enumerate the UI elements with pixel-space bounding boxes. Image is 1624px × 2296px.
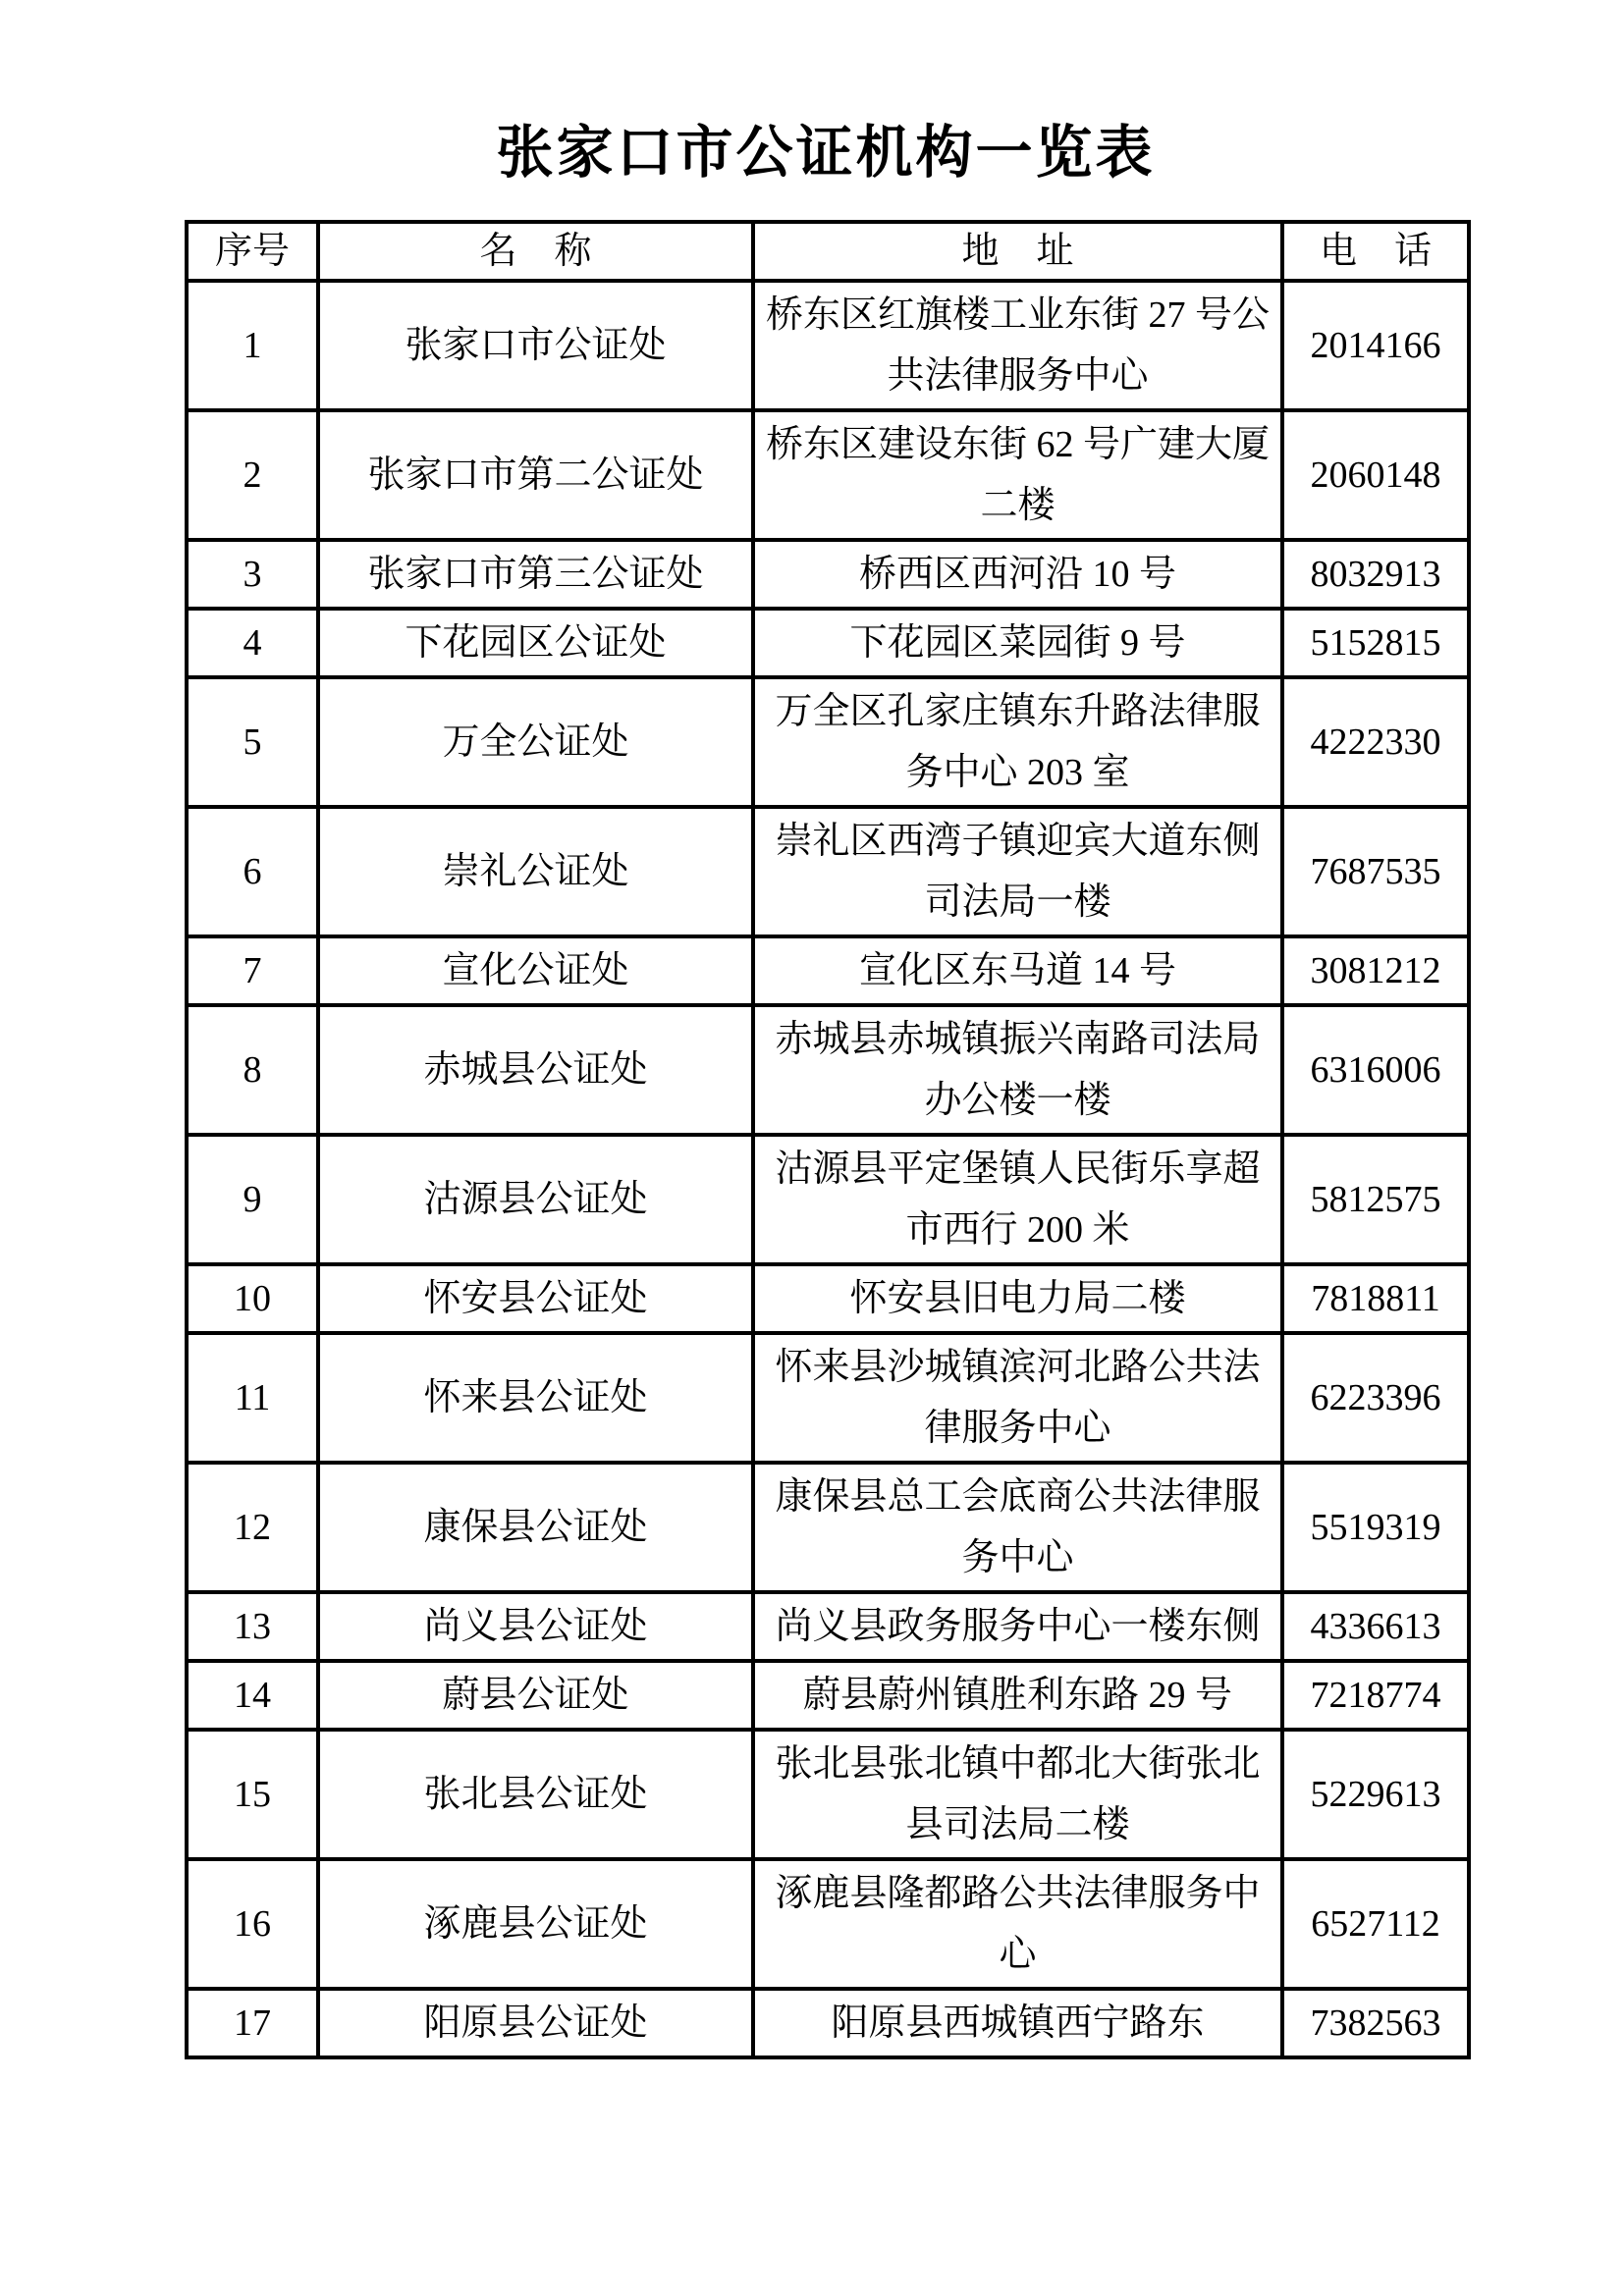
cell-phone: 5519319 <box>1282 1463 1469 1592</box>
cell-address: 桥西区西河沿 10 号 <box>753 540 1282 609</box>
cell-phone: 2014166 <box>1282 281 1469 410</box>
table-row: 5 万全公证处 万全区孔家庄镇东升路法律服务中心 203 室 4222330 <box>187 677 1469 807</box>
cell-number: 6 <box>187 807 318 936</box>
cell-number: 13 <box>187 1592 318 1661</box>
cell-phone: 8032913 <box>1282 540 1469 609</box>
cell-address: 张北县张北镇中都北大街张北县司法局二楼 <box>753 1730 1282 1859</box>
header-cell-address: 地 址 <box>753 222 1282 281</box>
cell-name: 张北县公证处 <box>318 1730 753 1859</box>
table-row: 4 下花园区公证处 下花园区菜园街 9 号 5152815 <box>187 609 1469 677</box>
header-cell-number: 序号 <box>187 222 318 281</box>
cell-address: 赤城县赤城镇振兴南路司法局办公楼一楼 <box>753 1005 1282 1135</box>
cell-address: 蔚县蔚州镇胜利东路 29 号 <box>753 1661 1282 1730</box>
cell-phone: 7687535 <box>1282 807 1469 936</box>
cell-number: 5 <box>187 677 318 807</box>
cell-address: 康保县总工会底商公共法律服务中心 <box>753 1463 1282 1592</box>
cell-phone: 4336613 <box>1282 1592 1469 1661</box>
cell-address: 尚义县政务服务中心一楼东侧 <box>753 1592 1282 1661</box>
cell-name: 万全公证处 <box>318 677 753 807</box>
cell-name: 下花园区公证处 <box>318 609 753 677</box>
cell-address: 怀安县旧电力局二楼 <box>753 1264 1282 1333</box>
table-row: 3 张家口市第三公证处 桥西区西河沿 10 号 8032913 <box>187 540 1469 609</box>
cell-number: 16 <box>187 1859 318 1989</box>
table-row: 14 蔚县公证处 蔚县蔚州镇胜利东路 29 号 7218774 <box>187 1661 1469 1730</box>
table-row: 15 张北县公证处 张北县张北镇中都北大街张北县司法局二楼 5229613 <box>187 1730 1469 1859</box>
cell-address: 涿鹿县隆都路公共法律服务中心 <box>753 1859 1282 1989</box>
document-page: { "page": { "title": "张家口市公证机构一览表" }, "t… <box>0 0 1624 2296</box>
cell-phone: 6527112 <box>1282 1859 1469 1989</box>
cell-phone: 5229613 <box>1282 1730 1469 1859</box>
cell-number: 1 <box>187 281 318 410</box>
cell-address: 崇礼区西湾子镇迎宾大道东侧司法局一楼 <box>753 807 1282 936</box>
cell-phone: 7382563 <box>1282 1989 1469 2057</box>
cell-name: 崇礼公证处 <box>318 807 753 936</box>
cell-address: 桥东区建设东街 62 号广建大厦二楼 <box>753 410 1282 540</box>
cell-number: 8 <box>187 1005 318 1135</box>
cell-number: 15 <box>187 1730 318 1859</box>
cell-number: 3 <box>187 540 318 609</box>
table-row: 8 赤城县公证处 赤城县赤城镇振兴南路司法局办公楼一楼 6316006 <box>187 1005 1469 1135</box>
cell-name: 怀来县公证处 <box>318 1333 753 1463</box>
cell-name: 怀安县公证处 <box>318 1264 753 1333</box>
cell-number: 7 <box>187 936 318 1005</box>
cell-number: 9 <box>187 1135 318 1264</box>
cell-number: 4 <box>187 609 318 677</box>
cell-number: 17 <box>187 1989 318 2057</box>
table-header: 序号 名 称 地 址 电 话 <box>187 222 1469 281</box>
cell-name: 阳原县公证处 <box>318 1989 753 2057</box>
cell-phone: 7218774 <box>1282 1661 1469 1730</box>
cell-address: 宣化区东马道 14 号 <box>753 936 1282 1005</box>
cell-address: 桥东区红旗楼工业东街 27 号公共法律服务中心 <box>753 281 1282 410</box>
table-row: 7 宣化公证处 宣化区东马道 14 号 3081212 <box>187 936 1469 1005</box>
notary-office-table: 序号 名 称 地 址 电 话 1 张家口市公证处 桥东区红旗楼工业东街 27 号… <box>185 220 1471 2059</box>
table-row: 12 康保县公证处 康保县总工会底商公共法律服务中心 5519319 <box>187 1463 1469 1592</box>
header-row: 序号 名 称 地 址 电 话 <box>187 222 1469 281</box>
cell-number: 11 <box>187 1333 318 1463</box>
table-row: 2 张家口市第二公证处 桥东区建设东街 62 号广建大厦二楼 2060148 <box>187 410 1469 540</box>
table-row: 6 崇礼公证处 崇礼区西湾子镇迎宾大道东侧司法局一楼 7687535 <box>187 807 1469 936</box>
page-title: 张家口市公证机构一览表 <box>185 106 1467 188</box>
table-row: 11 怀来县公证处 怀来县沙城镇滨河北路公共法律服务中心 6223396 <box>187 1333 1469 1463</box>
header-cell-phone: 电 话 <box>1282 222 1469 281</box>
cell-address: 万全区孔家庄镇东升路法律服务中心 203 室 <box>753 677 1282 807</box>
cell-phone: 6316006 <box>1282 1005 1469 1135</box>
table-row: 1 张家口市公证处 桥东区红旗楼工业东街 27 号公共法律服务中心 201416… <box>187 281 1469 410</box>
table-row: 17 阳原县公证处 阳原县西城镇西宁路东 7382563 <box>187 1989 1469 2057</box>
cell-address: 下花园区菜园街 9 号 <box>753 609 1282 677</box>
cell-number: 12 <box>187 1463 318 1592</box>
table-row: 16 涿鹿县公证处 涿鹿县隆都路公共法律服务中心 6527112 <box>187 1859 1469 1989</box>
cell-name: 赤城县公证处 <box>318 1005 753 1135</box>
cell-phone: 5812575 <box>1282 1135 1469 1264</box>
header-cell-name: 名 称 <box>318 222 753 281</box>
table-row: 13 尚义县公证处 尚义县政务服务中心一楼东侧 4336613 <box>187 1592 1469 1661</box>
cell-phone: 4222330 <box>1282 677 1469 807</box>
cell-name: 张家口市公证处 <box>318 281 753 410</box>
cell-name: 康保县公证处 <box>318 1463 753 1592</box>
table-row: 9 沽源县公证处 沽源县平定堡镇人民街乐享超市西行 200 米 5812575 <box>187 1135 1469 1264</box>
cell-phone: 6223396 <box>1282 1333 1469 1463</box>
cell-name: 张家口市第二公证处 <box>318 410 753 540</box>
cell-name: 沽源县公证处 <box>318 1135 753 1264</box>
cell-address: 阳原县西城镇西宁路东 <box>753 1989 1282 2057</box>
cell-name: 宣化公证处 <box>318 936 753 1005</box>
cell-name: 尚义县公证处 <box>318 1592 753 1661</box>
cell-number: 14 <box>187 1661 318 1730</box>
cell-phone: 2060148 <box>1282 410 1469 540</box>
cell-number: 2 <box>187 410 318 540</box>
cell-number: 10 <box>187 1264 318 1333</box>
cell-address: 沽源县平定堡镇人民街乐享超市西行 200 米 <box>753 1135 1282 1264</box>
cell-name: 涿鹿县公证处 <box>318 1859 753 1989</box>
cell-name: 蔚县公证处 <box>318 1661 753 1730</box>
cell-name: 张家口市第三公证处 <box>318 540 753 609</box>
cell-phone: 5152815 <box>1282 609 1469 677</box>
cell-address: 怀来县沙城镇滨河北路公共法律服务中心 <box>753 1333 1282 1463</box>
cell-phone: 3081212 <box>1282 936 1469 1005</box>
notary-table-body: 1 张家口市公证处 桥东区红旗楼工业东街 27 号公共法律服务中心 201416… <box>187 281 1469 2057</box>
table-row: 10 怀安县公证处 怀安县旧电力局二楼 7818811 <box>187 1264 1469 1333</box>
cell-phone: 7818811 <box>1282 1264 1469 1333</box>
